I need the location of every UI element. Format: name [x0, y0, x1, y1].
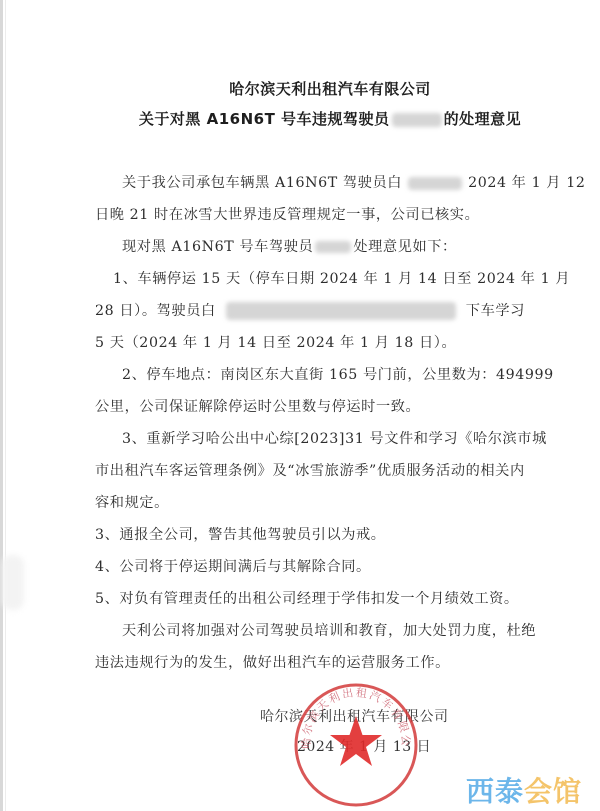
text: 现对黑 A16N6T 号车驾驶员: [122, 239, 313, 255]
watermark-logo: 西泰会馆: [466, 770, 582, 810]
item-5: 5、对负有管理责任的出租公司经理于学伟扣发一个月绩效工资。: [95, 588, 519, 608]
paragraph-decision-intro: 现对黑 A16N6T 号车驾驶员处理意见如下：: [122, 236, 457, 256]
text: 28 日）。驾驶员白: [95, 303, 216, 319]
side-smudge: [2, 555, 24, 610]
item-3-line2: 市出租汽车客运管理条例》及“冰雪旅游季”优质服务活动的相关内: [95, 460, 525, 480]
document-title-company: 哈尔滨天利出租汽车有限公司: [0, 78, 600, 99]
item-1-line2: 28 日）。驾驶员白下车学习: [95, 300, 525, 320]
item-1-line1: 1、车辆停运 15 天（停车日期 2024 年 1 月 14 日至 2024 年…: [113, 268, 570, 288]
item-3b: 3、通报全公司，警告其他驾驶员引以为戒。: [95, 524, 386, 544]
text: 2024 年 1 月 12: [468, 175, 585, 191]
document-title-subject: 关于对黑 A16N6T 号车违规驾驶员的处理意见: [0, 108, 600, 129]
company-seal-icon: 哈尔滨天利出租汽车有限公司: [293, 682, 419, 808]
redacted-name-blur: [392, 113, 442, 127]
item-2-line2: 公里，公司保证解除停运时公里数与停运时一致。: [95, 396, 420, 416]
paragraph-intro-line2: 日晚 21 时在冰雪大世界违反管理规定一事，公司已核实。: [95, 204, 479, 224]
redacted-name-blur: [315, 241, 351, 253]
title-subject-suffix: 的处理意见: [444, 110, 522, 128]
redacted-text-blur: [226, 302, 456, 320]
item-3-line3: 容和规定。: [95, 492, 169, 512]
item-3-line1: 3、重新学习哈公出中心综[2023]31 号文件和学习《哈尔滨市城: [122, 428, 547, 448]
item-1-line3: 5 天（2024 年 1 月 14 日至 2024 年 1 月 18 日）。: [95, 332, 456, 352]
text: 下车学习: [466, 303, 525, 319]
closing-line2: 违法违规行为的发生，做好出租汽车的运营服务工作。: [95, 652, 450, 672]
closing-line1: 天利公司将加强对公司驾驶员培训和教育，加大处罚力度，杜绝: [122, 620, 536, 640]
redacted-name-blur: [408, 177, 462, 190]
watermark-part1: 西泰: [466, 775, 524, 808]
item-4: 4、公司将于停运期间满后与其解除合同。: [95, 556, 371, 576]
item-2-line1: 2、停车地点：南岗区东大直街 165 号门前，公里数为：494999: [122, 364, 554, 384]
text: 关于我公司承包车辆黑 A16N6T 驾驶员白: [122, 175, 402, 191]
text: 处理意见如下：: [353, 239, 457, 255]
title-subject-prefix: 关于对黑 A16N6T 号车违规驾驶员: [139, 110, 390, 128]
watermark-part2: 会馆: [524, 775, 582, 808]
paragraph-intro-line1: 关于我公司承包车辆黑 A16N6T 驾驶员白2024 年 1 月 12: [122, 172, 585, 192]
